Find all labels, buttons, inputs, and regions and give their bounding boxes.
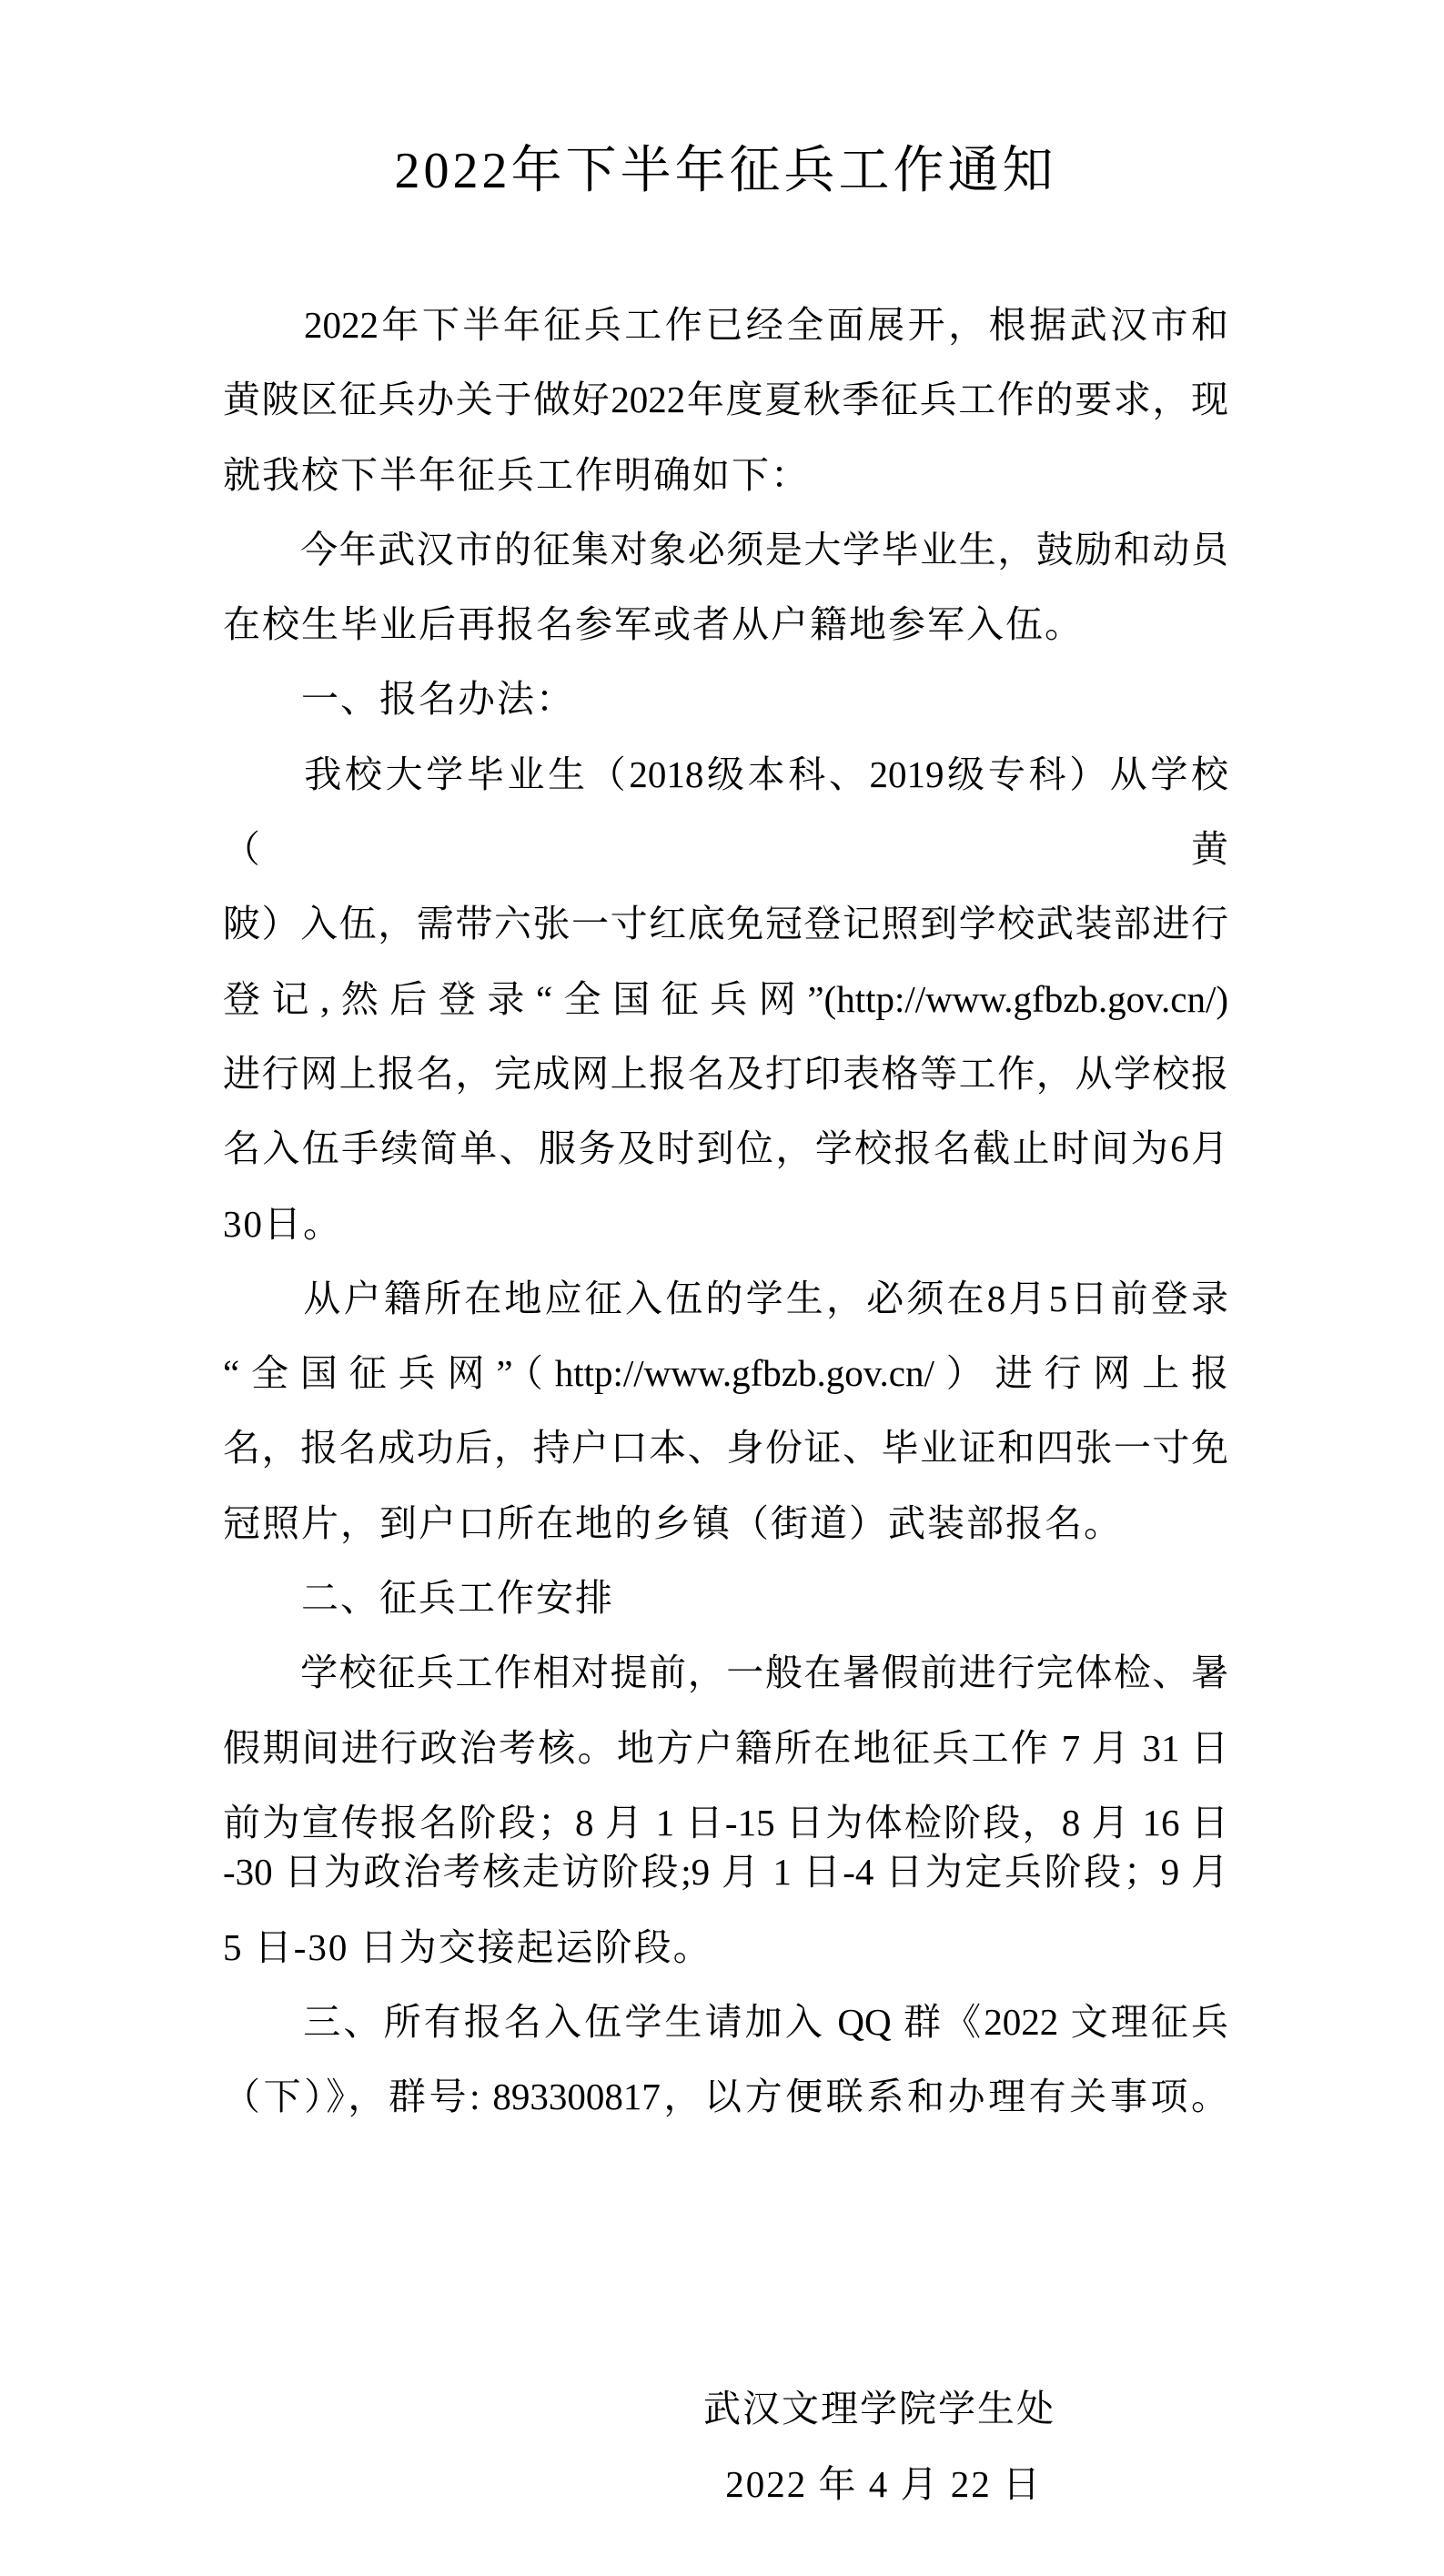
text-line: 5 日-30 日为交接起运阶段。 bbox=[223, 1910, 1228, 1985]
text-line: 进行网上报名，完成网上报名及打印表格等工作，从学校报 bbox=[223, 1036, 1228, 1111]
document-body: 2022年下半年征兵工作已经全面展开，根据武汉市和黄陂区征兵办关于做好2022年… bbox=[223, 288, 1228, 2134]
text-line: -30 日为政治考核走访阶段;9 月 1 日-4 日为定兵阶段；9 月 bbox=[223, 1834, 1228, 1909]
text-line: 二、征兵工作安排 bbox=[223, 1561, 1228, 1635]
text-line: 我校大学毕业生（2018级本科、2019级专科）从学校（黄 bbox=[223, 737, 1228, 887]
notice-document: 2022年下半年征兵工作通知 2022年下半年征兵工作已经全面展开，根据武汉市和… bbox=[0, 0, 1444, 2576]
text-line: 30日。 bbox=[223, 1187, 1228, 1261]
paragraph: 三、所有报名入伍学生请加入 QQ 群《2022 文理征兵（下）》，群号: 893… bbox=[223, 1985, 1228, 2135]
page-title: 2022年下半年征兵工作通知 bbox=[223, 134, 1228, 208]
paragraph: 学校征兵工作相对提前，一般在暑假前进行完体检、暑假期间进行政治考核。地方户籍所在… bbox=[223, 1635, 1228, 1984]
paragraph: 2022年下半年征兵工作已经全面展开，根据武汉市和黄陂区征兵办关于做好2022年… bbox=[223, 288, 1228, 512]
paragraph: 二、征兵工作安排 bbox=[223, 1561, 1228, 1635]
text-line: “全国征兵网”（http://www.gfbzb.gov.cn/）进行网上报 bbox=[223, 1336, 1228, 1410]
text-line: 今年武汉市的征集对象必须是大学毕业生，鼓励和动员 bbox=[223, 512, 1228, 587]
signature-block: 武汉文理学院学生处 2022 年 4 月 22 日 bbox=[223, 2371, 1228, 2521]
signature-org: 武汉文理学院学生处 bbox=[223, 2371, 1228, 2446]
signature-date: 2022 年 4 月 22 日 bbox=[223, 2447, 1228, 2521]
text-line: 在校生毕业后再报名参军或者从户籍地参军入伍。 bbox=[223, 587, 1228, 662]
text-line: 冠照片，到户口所在地的乡镇（街道）武装部报名。 bbox=[223, 1486, 1228, 1561]
text-line: 一、报名办法： bbox=[223, 662, 1228, 736]
text-line: 三、所有报名入伍学生请加入 QQ 群《2022 文理征兵 bbox=[223, 1985, 1228, 2059]
text-line: 陂）入伍，需带六张一寸红底免冠登记照到学校武装部进行 bbox=[223, 886, 1228, 961]
paragraph: 今年武汉市的征集对象必须是大学毕业生，鼓励和动员在校生毕业后再报名参军或者从户籍… bbox=[223, 512, 1228, 662]
text-line: 名入伍手续简单、服务及时到位，学校报名截止时间为6月 bbox=[223, 1111, 1228, 1186]
text-line: 假期间进行政治考核。地方户籍所在地征兵工作 7 月 31 日 bbox=[223, 1711, 1228, 1785]
paragraph: 我校大学毕业生（2018级本科、2019级专科）从学校（黄陂）入伍，需带六张一寸… bbox=[223, 737, 1228, 1261]
text-line: 从户籍所在地应征入伍的学生，必须在8月5日前登录 bbox=[223, 1261, 1228, 1336]
text-line: （下）》，群号: 893300817，以方便联系和办理有关事项。 bbox=[223, 2059, 1228, 2134]
text-line: 黄陂区征兵办关于做好2022年度夏秋季征兵工作的要求，现 bbox=[223, 362, 1228, 437]
text-line: 学校征兵工作相对提前，一般在暑假前进行完体检、暑 bbox=[223, 1635, 1228, 1710]
document-content: 2022年下半年征兵工作通知 2022年下半年征兵工作已经全面展开，根据武汉市和… bbox=[223, 134, 1228, 2521]
paragraph: 从户籍所在地应征入伍的学生，必须在8月5日前登录“全国征兵网”（http://w… bbox=[223, 1261, 1228, 1561]
text-line: 名，报名成功后，持户口本、身份证、毕业证和四张一寸免 bbox=[223, 1410, 1228, 1485]
text-line: 2022年下半年征兵工作已经全面展开，根据武汉市和 bbox=[223, 288, 1228, 362]
paragraph: 一、报名办法： bbox=[223, 662, 1228, 736]
text-line: 登记,然后登录“全国征兵网”(http://www.gfbzb.gov.cn/) bbox=[223, 962, 1228, 1036]
text-line: 就我校下半年征兵工作明确如下： bbox=[223, 438, 1228, 512]
